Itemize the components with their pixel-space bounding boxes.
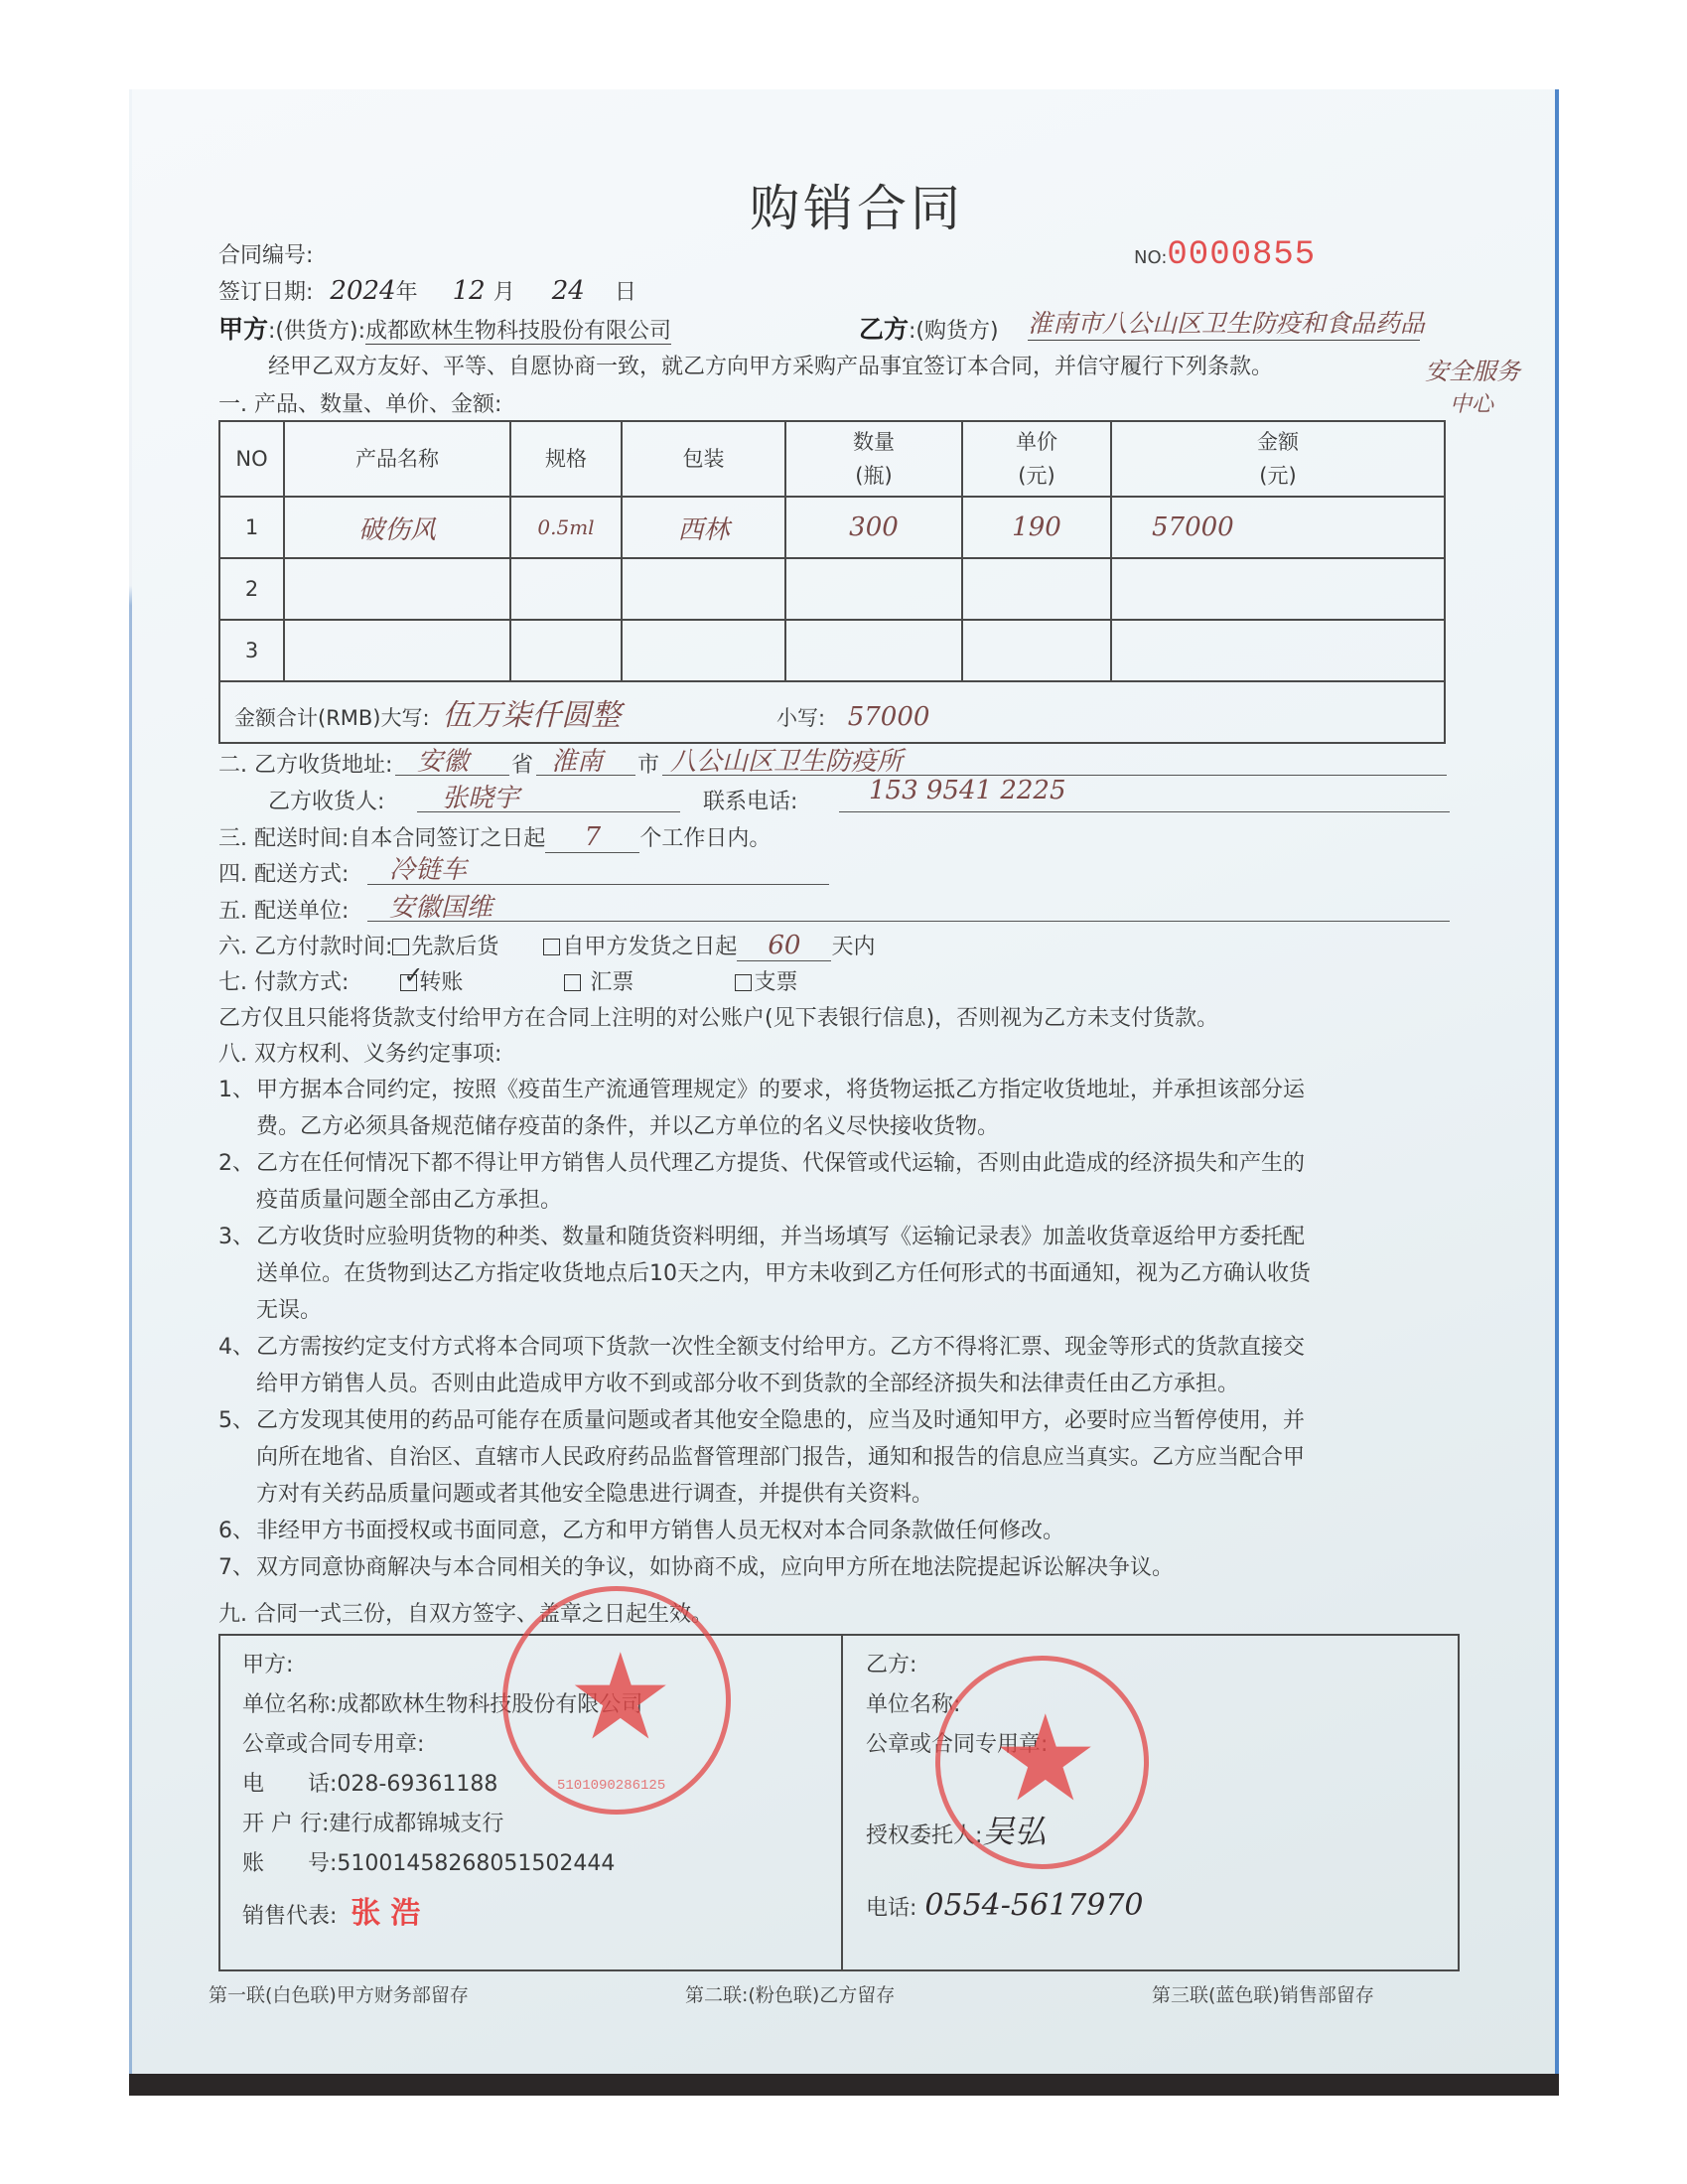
total-words: 伍万柒仟圆整 [442, 698, 621, 733]
party-a-stamp: ★ 5101090286125 [502, 1586, 731, 1815]
contract-no-label: 合同编号: [218, 238, 313, 269]
delivery-time-row: 三. 配送时间:自本合同签订之日起7个工作日内。 [218, 821, 771, 853]
party-b-label: 乙方 [859, 315, 909, 344]
address-value: 八公山区卫生防疫所 [670, 741, 903, 778]
sig-party-a-bank-value: 建行成都锦城支行 [329, 1812, 503, 1836]
province-unit: 省 [511, 748, 533, 779]
clause-text: 向所在地省、自治区、直辖市人民政府药品监督管理部门报告，通知和报告的信息应当真实… [256, 1445, 1305, 1470]
clause-line: 4、乙方需按约定支付方式将本合同项下货款一次性全额支付给甲方。乙方不得将汇票、现… [218, 1330, 1305, 1361]
clause-text: 疫苗质量问题全部由乙方承担。 [256, 1188, 562, 1213]
total-figure-label: 小写: [776, 706, 825, 730]
table-row: 2 [219, 558, 1445, 620]
payment-note: 乙方仅且只能将货款支付给甲方在合同上注明的对公账户(见下表银行信息)，否则视为乙… [218, 1001, 1218, 1032]
clause-line: 6、非经甲方书面授权或书面同意，乙方和甲方销售人员无权对本合同条款做任何修改。 [218, 1514, 1064, 1544]
cell-price [962, 620, 1111, 681]
contract-page: 购销合同 合同编号: NO:0000855 签订日期: 2024年 12月 24… [129, 89, 1559, 2074]
clause-text: 乙方发现其使用的药品可能存在质量问题或者其他安全隐患的，应当及时通知甲方，必要时… [256, 1408, 1305, 1433]
signature-box: 甲方: 单位名称:成都欧林生物科技股份有限公司 公章或合同专用章: 电 话:02… [218, 1634, 1460, 1971]
sig-party-a-rep: 销售代表:张浩 [242, 1888, 430, 1932]
clause-text: 方对有关药品质量问题或者其他安全隐患进行调查，并提供有关资料。 [256, 1482, 933, 1507]
sign-date-row: 签订日期: 2024年 12月 24日 [218, 275, 636, 306]
month-unit: 月 [493, 280, 515, 305]
party-b-stamp: ★ [935, 1656, 1149, 1869]
cell-product: 破伤风 [284, 497, 510, 558]
clause-number: 4、 [218, 1330, 256, 1361]
option-check-label: 支票 [754, 970, 797, 995]
sig-party-a-account: 账 号:51001458268051502444 [242, 1846, 615, 1877]
checkbox-after-delivery[interactable] [543, 939, 560, 955]
total-words-label: 金额合计(RMB)大写: [234, 706, 430, 730]
sig-party-a-seal-label: 公章或合同专用章: [242, 1727, 424, 1758]
cell-packing [622, 620, 785, 681]
cell-qty [785, 620, 962, 681]
clause-text: 费。乙方必须具备规范储存疫苗的条件，并以乙方单位的名义尽快接收货物。 [256, 1114, 999, 1139]
phone-label: 联系电话: [703, 785, 797, 815]
footer-copy2: 第二联:(粉色联)乙方留存 [685, 1980, 895, 2007]
page-title: 购销合同 [750, 169, 964, 240]
cell-no: 2 [219, 558, 284, 620]
stamp-number: 5101090286125 [557, 1778, 665, 1794]
col-header-qty: 数量(瓶) [785, 421, 962, 497]
cell-product [284, 620, 510, 681]
clause-text: 送单位。在货物到达乙方指定收货地点后10天之内，甲方未收到乙方任何形式的书面通知… [256, 1261, 1311, 1286]
sig-party-a-phone-value: 028-69361188 [337, 1772, 497, 1797]
clause-line: 3、乙方收货时应验明货物的种类、数量和随货资料明细，并当场填写《运输记录表》加盖… [218, 1220, 1305, 1250]
col-header-product: 产品名称 [284, 421, 510, 497]
address-row: 二. 乙方收货地址: [218, 748, 392, 779]
party-a-label: 甲方 [218, 315, 268, 344]
sig-party-a-account-value: 51001458268051502444 [337, 1851, 615, 1876]
cell-spec [510, 620, 622, 681]
clause-line: 给甲方销售人员。否则由此造成甲方收不到或部分收不到货款的全部经济损失和法律责任由… [218, 1367, 1239, 1397]
delivery-unit-field[interactable] [367, 921, 1450, 922]
total-cell: 金额合计(RMB)大写: 伍万柒仟圆整 小写: 57000 [219, 681, 1445, 743]
clause-number: 5、 [218, 1403, 256, 1434]
clause-line: 无误。 [218, 1293, 322, 1324]
sig-party-b-phone: 电话:0554-5617970 [866, 1888, 1144, 1923]
delivery-unit-value: 安徽国维 [389, 887, 492, 924]
clause-text: 无误。 [256, 1298, 322, 1323]
footer-copy1: 第一联(白色联)甲方财务部留存 [209, 1980, 469, 2007]
party-b-row: 乙方:(购货方) [859, 310, 999, 346]
year-unit: 年 [396, 280, 418, 305]
consignee-label: 乙方收货人: [268, 785, 384, 815]
product-table: NO 产品名称 规格 包装 数量(瓶) 单价(元) 金额(元) 1 破伤风 0.… [218, 420, 1446, 744]
section1-heading: 一. 产品、数量、单价、金额: [218, 387, 501, 418]
option-transfer-label: 转账 [419, 970, 463, 995]
stamp-star-icon: ★ [567, 1639, 674, 1758]
cell-amount [1111, 620, 1445, 681]
payment-method-label: 七. 付款方式: [218, 970, 349, 995]
city-value: 淮南 [551, 741, 603, 778]
option-draft-label: 汇票 [590, 970, 633, 995]
cell-no: 1 [219, 497, 284, 558]
party-b-name-line2: 安全服务 [1425, 352, 1520, 386]
clause-line: 方对有关药品质量问题或者其他安全隐患进行调查，并提供有关资料。 [218, 1477, 933, 1508]
city-unit: 市 [637, 748, 659, 779]
option-after-delivery-label: 自甲方发货之日起 [562, 935, 737, 959]
payment-method-row: 七. 付款方式: 转账 汇票 支票 [218, 965, 797, 996]
table-header-row: NO 产品名称 规格 包装 数量(瓶) 单价(元) 金额(元) [219, 421, 1445, 497]
sign-day: 24 [552, 276, 585, 306]
intro-text: 经甲乙双方友好、平等、自愿协商一致，就乙方向甲方采购产品事宜签订本合同，并信守履… [268, 350, 1273, 380]
clause-line: 2、乙方在任何情况下都不得让甲方销售人员代理乙方提货、代保管或代运输，否则由此造… [218, 1146, 1305, 1177]
sig-party-a-heading: 甲方: [242, 1648, 293, 1678]
checkbox-check[interactable] [735, 974, 752, 991]
sign-date-label: 签订日期: [218, 280, 313, 305]
table-total-row: 金额合计(RMB)大写: 伍万柒仟圆整 小写: 57000 [219, 681, 1445, 743]
stamp-star-icon: ★ [992, 1700, 1099, 1820]
clause-text: 给甲方销售人员。否则由此造成甲方收不到或部分收不到货款的全部经济损失和法律责任由… [256, 1372, 1239, 1396]
checkbox-draft[interactable] [564, 974, 581, 991]
sig-party-a-bank: 开 户 行:建行成都锦城支行 [242, 1807, 503, 1837]
cell-spec: 0.5ml [510, 497, 622, 558]
table-row: 3 [219, 620, 1445, 681]
sign-year: 2024 [330, 276, 395, 306]
clause-line: 1、甲方据本合同约定，按照《疫苗生产流通管理规定》的要求，将货物运抵乙方指定收货… [218, 1073, 1305, 1103]
serial-value: 0000855 [1167, 236, 1316, 274]
col-header-price: 单价(元) [962, 421, 1111, 497]
delivery-method-label: 四. 配送方式: [218, 857, 349, 888]
cell-price: 190 [962, 497, 1111, 558]
delivery-time-suffix: 个工作日内。 [639, 826, 771, 851]
section8-heading: 八. 双方权利、义务约定事项: [218, 1037, 501, 1068]
serial-number: NO:0000855 [1134, 236, 1316, 274]
delivery-method-value: 冷链车 [389, 849, 467, 886]
day-unit: 日 [615, 280, 636, 305]
payment-days-suffix: 天内 [831, 935, 875, 959]
clause-line: 费。乙方必须具备规范储存疫苗的条件，并以乙方单位的名义尽快接收货物。 [218, 1109, 999, 1140]
party-b-name: 淮南市八公山区卫生防疫和食品药品 [1028, 304, 1420, 341]
payment-time-row: 六. 乙方付款时间:先款后货 自甲方发货之日起60天内 [218, 930, 875, 961]
col-header-packing: 包装 [622, 421, 785, 497]
footer-copy3: 第三联(蓝色联)销售部留存 [1152, 1980, 1374, 2007]
checkbox-prepay[interactable] [392, 939, 409, 955]
clause-text: 乙方需按约定支付方式将本合同项下货款一次性全额支付给甲方。乙方不得将汇票、现金等… [256, 1335, 1305, 1360]
delivery-time-label: 三. 配送时间: [218, 826, 349, 851]
serial-prefix: NO: [1134, 247, 1167, 268]
consignee-value: 张晓宇 [442, 778, 519, 814]
clause-number: 3、 [218, 1220, 256, 1250]
party-a-name: 成都欧林生物科技股份有限公司 [365, 319, 671, 345]
sig-party-b-heading: 乙方: [866, 1648, 916, 1678]
cell-spec [510, 558, 622, 620]
cell-product [284, 558, 510, 620]
province-value: 安徽 [417, 741, 469, 778]
phone-value: 153 9541 2225 [869, 776, 1066, 805]
sign-month: 12 [453, 276, 486, 306]
delivery-days[interactable]: 7 [545, 822, 639, 853]
clause-number: 2、 [218, 1146, 256, 1177]
party-a-row: 甲方:(供货方):成都欧林生物科技股份有限公司 [218, 310, 671, 346]
clause-number: 6、 [218, 1514, 256, 1544]
col-header-no: NO [219, 421, 284, 497]
signature-divider [841, 1636, 843, 1969]
payment-time-label: 六. 乙方付款时间: [218, 935, 392, 959]
clause-number: 1、 [218, 1073, 256, 1103]
clause-text: 甲方据本合同约定，按照《疫苗生产流通管理规定》的要求，将货物运抵乙方指定收货地址… [256, 1078, 1305, 1102]
sig-party-b-phone-value: 0554-5617970 [924, 1888, 1143, 1923]
phone-field[interactable] [839, 811, 1450, 812]
address-label: 二. 乙方收货地址: [218, 753, 392, 778]
sales-rep-name: 张浩 [351, 1896, 430, 1931]
delivery-unit-label: 五. 配送单位: [218, 894, 349, 925]
clause-line: 向所在地省、自治区、直辖市人民政府药品监督管理部门报告，通知和报告的信息应当真实… [218, 1440, 1305, 1471]
checkbox-transfer[interactable] [400, 974, 417, 991]
cell-packing: 西林 [622, 497, 785, 558]
table-row: 1 破伤风 0.5ml 西林 300 190 57000 [219, 497, 1445, 558]
col-header-amount: 金额(元) [1111, 421, 1445, 497]
clause-line: 5、乙方发现其使用的药品可能存在质量问题或者其他安全隐患的，应当及时通知甲方，必… [218, 1403, 1305, 1434]
clause-number: 7、 [218, 1550, 256, 1581]
party-b-role: :(购货方) [909, 319, 999, 344]
clause-line: 7、双方同意协商解决与本合同相关的争议，如协商不成，应向甲方所在地法院提起诉讼解… [218, 1550, 1174, 1581]
cell-packing [622, 558, 785, 620]
party-b-name-line3: 中心 [1450, 387, 1493, 418]
clause-line: 送单位。在货物到达乙方指定收货地点后10天之内，甲方未收到乙方任何形式的书面通知… [218, 1256, 1311, 1287]
option-prepay-label: 先款后货 [411, 935, 498, 959]
cell-amount [1111, 558, 1445, 620]
cell-qty: 300 [785, 497, 962, 558]
clause-text: 非经甲方书面授权或书面同意，乙方和甲方销售人员无权对本合同条款做任何修改。 [256, 1519, 1064, 1543]
party-a-role: :(供货方): [268, 319, 365, 344]
clause-line: 疫苗质量问题全部由乙方承担。 [218, 1183, 562, 1214]
clause-text: 双方同意协商解决与本合同相关的争议，如协商不成，应向甲方所在地法院提起诉讼解决争… [256, 1555, 1174, 1580]
delivery-time-prefix: 自本合同签订之日起 [349, 826, 545, 851]
payment-days[interactable]: 60 [737, 931, 831, 961]
cell-price [962, 558, 1111, 620]
total-figure: 57000 [848, 702, 930, 732]
clause-text: 乙方收货时应验明货物的种类、数量和随货资料明细，并当场填写《运输记录表》加盖收货… [256, 1225, 1305, 1249]
col-header-spec: 规格 [510, 421, 622, 497]
clause-text: 乙方在任何情况下都不得让甲方销售人员代理乙方提货、代保管或代运输，否则由此造成的… [256, 1151, 1305, 1176]
cell-qty [785, 558, 962, 620]
sig-party-a-phone: 电 话:028-69361188 [242, 1767, 497, 1798]
cell-no: 3 [219, 620, 284, 681]
cell-amount: 57000 [1111, 497, 1445, 558]
